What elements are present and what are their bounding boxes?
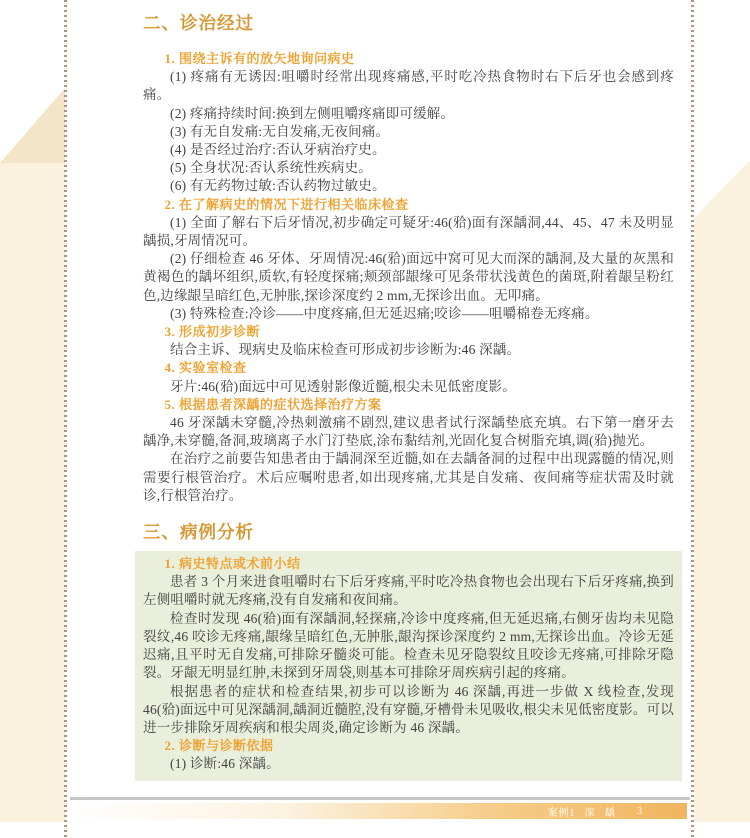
footer-divider-line: [70, 797, 690, 800]
paragraph: (2) 仔细检查 46 牙体、牙周情况:46(𬌗)面远中窝可见大而深的龋洞,及大…: [143, 250, 674, 305]
paragraph: 根据患者的症状和检查结果,初步可以诊断为 46 深龋,再进一步做 X 线检查,发…: [143, 683, 674, 738]
subhead: 5. 根据患者深龋的症状选择治疗方案: [143, 396, 674, 414]
subhead: 4. 实验室检查: [143, 359, 674, 377]
subhead: 2. 诊断与诊断依据: [143, 737, 674, 755]
left-dotted-rule: [64, 0, 67, 838]
paragraph: 46 牙深龋未穿髓,冷热刺激痛不剧烈,建议患者试行深龋垫底充填。右下第一磨牙去龋…: [143, 414, 674, 450]
subhead: 1. 病史特点或术前小结: [143, 555, 674, 573]
paragraph: 检查时发现 46(𬌗)面有深龋洞,轻探痛,冷诊中度疼痛,但无延迟痛,右侧牙齿均未…: [143, 610, 674, 683]
corner-triangle-decoration: [0, 88, 65, 163]
right-margin: [694, 0, 750, 838]
footer-case-label: 案例1: [548, 804, 576, 819]
right-dotted-rule: [691, 0, 694, 838]
paragraph: (3) 有无自发痛:无自发痛,无夜间痛。: [143, 123, 674, 141]
left-margin: [0, 0, 65, 838]
paragraph: (6) 有无药物过敏:否认药物过敏史。: [143, 177, 674, 195]
book-page: 二、诊治经过 1. 围绕主诉有的放矢地询问病史 (1) 疼痛有无诱因:咀嚼时经常…: [0, 0, 750, 838]
paragraph: (2) 疼痛持续时间:换到左侧咀嚼疼痛即可缓解。: [143, 105, 674, 123]
paragraph: (1) 全面了解右下后牙情况,初步确定可疑牙:46(𬌗)面有深龋洞,44、45、…: [143, 214, 674, 250]
paragraph: 结合主诉、现病史及临床检查可形成初步诊断为:46 深龋。: [143, 341, 674, 359]
paragraph: (1) 诊断:46 深龋。: [143, 755, 674, 773]
subhead: 2. 在了解病史的情况下进行相关临床检查: [143, 196, 674, 214]
section-heading-3: 三、病例分析: [143, 519, 674, 545]
paragraph: 患者 3 个月来进食咀嚼时右下后牙疼痛,平时吃冷热食物也会出现右下后牙疼痛,换到…: [143, 573, 674, 609]
paragraph: (1) 疼痛有无诱因:咀嚼时经常出现疼痛感,平时吃冷热食物时右下后牙也会感到疼痛…: [143, 68, 674, 104]
footer-bar: 案例1 深 龋 3: [70, 803, 687, 819]
paragraph: (4) 是否经过治疗:否认牙病治疗史。: [143, 141, 674, 159]
right-margin-fill: [694, 218, 750, 822]
paragraph: (5) 全身状况:否认系统性疾病史。: [143, 159, 674, 177]
text-column: 二、诊治经过 1. 围绕主诉有的放矢地询问病史 (1) 疼痛有无诱因:咀嚼时经常…: [143, 10, 674, 781]
case-analysis-box: 1. 病史特点或术前小结 患者 3 个月来进食咀嚼时右下后牙疼痛,平时吃冷热食物…: [135, 551, 682, 780]
paragraph: (3) 特殊检查:冷诊——中度疼痛,但无延迟痛;咬诊——咀嚼棉卷无疼痛。: [143, 305, 674, 323]
subhead: 1. 围绕主诉有的放矢地询问病史: [143, 50, 674, 68]
section-heading-2: 二、诊治经过: [143, 10, 674, 36]
left-margin-fill: [0, 163, 65, 822]
footer-page-number: 3: [637, 806, 643, 817]
paragraph: 牙片:46(𬌗)面远中可见透射影像近髓,根尖未见低密度影。: [143, 378, 674, 396]
footer-chapter-title: 深 龋: [585, 804, 620, 819]
subhead: 3. 形成初步诊断: [143, 323, 674, 341]
paragraph: 在治疗之前要告知患者由于龋洞深至近髓,如在去龋备洞的过程中出现露髓的情况,则需要…: [143, 450, 674, 505]
right-triangle-decoration: [694, 160, 750, 218]
